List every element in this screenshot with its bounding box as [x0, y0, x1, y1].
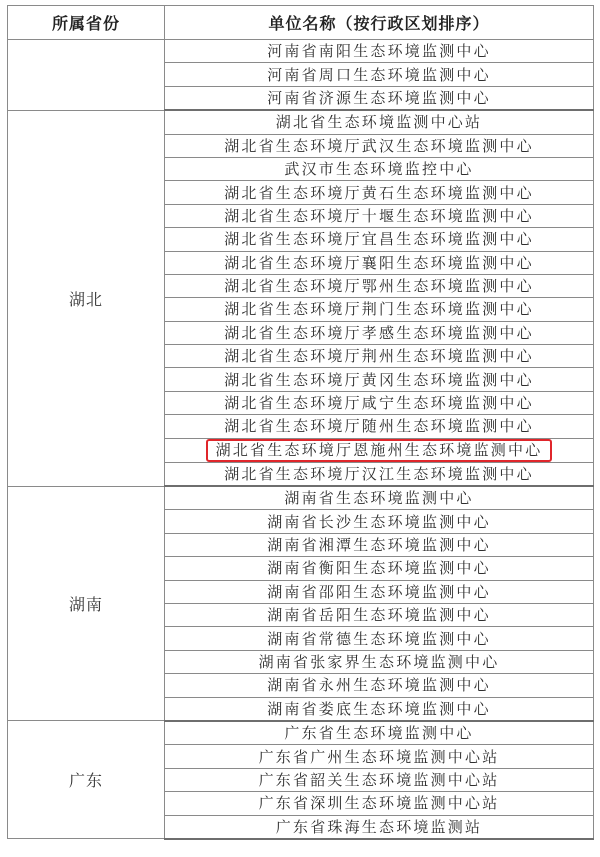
- header-unit-name: 单位名称（按行政区划排序）: [165, 6, 594, 40]
- unit-name-cell: 广东省韶关生态环境监测中心站: [165, 768, 594, 791]
- unit-name-cell: 湖南省张家界生态环境监测中心: [165, 650, 594, 673]
- unit-name-cell: 湖北省生态环境厅鄂州生态环境监测中心: [165, 274, 594, 297]
- unit-name-cell: 广东省珠海生态环境监测站: [165, 815, 594, 839]
- table-body: 河南省南阳生态环境监测中心河南省周口生态环境监测中心河南省济源生态环境监测中心湖…: [8, 40, 594, 839]
- unit-name-cell: 武汉市生态环境监控中心: [165, 157, 594, 180]
- unit-name-cell: 广东省生态环境监测中心: [165, 721, 594, 745]
- header-row: 所属省份 单位名称（按行政区划排序）: [8, 6, 594, 40]
- unit-name-cell: 河南省周口生态环境监测中心: [165, 63, 594, 86]
- unit-name-cell: 湖北省生态环境厅荆州生态环境监测中心: [165, 345, 594, 368]
- unit-name-cell: 湖北省生态环境厅宜昌生态环境监测中心: [165, 228, 594, 251]
- unit-name-cell: 湖北省生态环境厅武汉生态环境监测中心: [165, 134, 594, 157]
- unit-name-cell: 广东省广州生态环境监测中心站: [165, 745, 594, 768]
- unit-name-cell: 湖北省生态环境厅咸宁生态环境监测中心: [165, 391, 594, 414]
- unit-name-cell: 湖北省生态环境厅襄阳生态环境监测中心: [165, 251, 594, 274]
- unit-name-cell: 河南省济源生态环境监测中心: [165, 86, 594, 110]
- table-row: 河南省南阳生态环境监测中心: [8, 40, 594, 63]
- unit-name-cell: 湖北省生态环境厅随州生态环境监测中心: [165, 415, 594, 438]
- table-row: 广东广东省生态环境监测中心: [8, 721, 594, 745]
- unit-name-cell: 湖南省长沙生态环境监测中心: [165, 510, 594, 533]
- unit-name-cell: 湖北省生态环境厅黄冈生态环境监测中心: [165, 368, 594, 391]
- table-row: 湖北湖北省生态环境监测中心站: [8, 110, 594, 134]
- province-cell: 湖南: [8, 486, 165, 721]
- header-province: 所属省份: [8, 6, 165, 40]
- unit-name-cell: 湖南省娄底生态环境监测中心: [165, 697, 594, 721]
- unit-name-cell: 湖北省生态环境厅恩施州生态环境监测中心: [165, 438, 594, 462]
- unit-name-cell: 湖南省衡阳生态环境监测中心: [165, 557, 594, 580]
- unit-name-cell: 湖北省生态环境厅黄石生态环境监测中心: [165, 181, 594, 204]
- unit-name-cell: 湖南省生态环境监测中心: [165, 486, 594, 510]
- unit-name-cell: 湖北省生态环境监测中心站: [165, 110, 594, 134]
- unit-name-cell: 湖南省岳阳生态环境监测中心: [165, 603, 594, 626]
- unit-name-cell: 湖北省生态环境厅汉江生态环境监测中心: [165, 462, 594, 486]
- unit-name-cell: 湖北省生态环境厅十堰生态环境监测中心: [165, 204, 594, 227]
- monitoring-units-table: 所属省份 单位名称（按行政区划排序） 河南省南阳生态环境监测中心河南省周口生态环…: [7, 5, 594, 840]
- unit-name-cell: 湖北省生态环境厅荆门生态环境监测中心: [165, 298, 594, 321]
- unit-name-cell: 湖南省邵阳生态环境监测中心: [165, 580, 594, 603]
- unit-name-cell: 湖南省常德生态环境监测中心: [165, 627, 594, 650]
- monitoring-units-table-container: 所属省份 单位名称（按行政区划排序） 河南省南阳生态环境监测中心河南省周口生态环…: [7, 5, 593, 840]
- province-cell: 湖北: [8, 110, 165, 486]
- province-cell: [8, 40, 165, 111]
- highlighted-unit-name: 湖北省生态环境厅恩施州生态环境监测中心: [206, 439, 553, 462]
- province-cell: 广东: [8, 721, 165, 839]
- unit-name-cell: 河南省南阳生态环境监测中心: [165, 40, 594, 63]
- unit-name-cell: 湖北省生态环境厅孝感生态环境监测中心: [165, 321, 594, 344]
- table-row: 湖南湖南省生态环境监测中心: [8, 486, 594, 510]
- unit-name-cell: 湖南省永州生态环境监测中心: [165, 674, 594, 697]
- unit-name-cell: 湖南省湘潭生态环境监测中心: [165, 533, 594, 556]
- unit-name-cell: 广东省深圳生态环境监测中心站: [165, 792, 594, 815]
